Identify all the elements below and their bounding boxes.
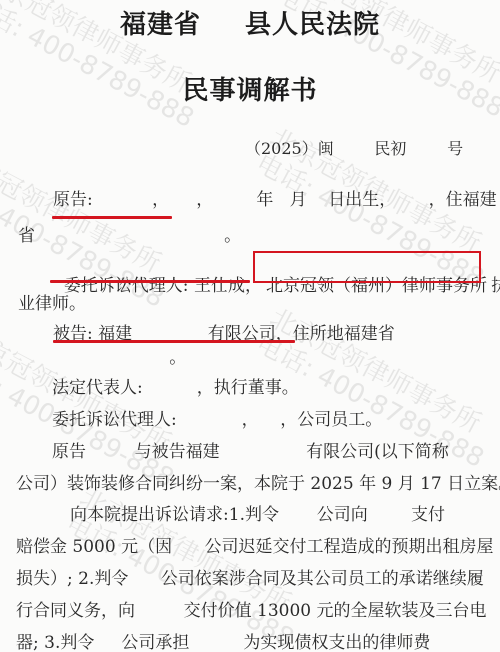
- red-box-law-firm: [253, 251, 481, 283]
- red-underline-agent: [50, 280, 250, 283]
- case-number: （2025）闽 民初 号: [245, 136, 463, 159]
- body-line: 赔偿金 5000 元（因 公司迟延交付工程造成的预期出租房屋: [16, 537, 494, 557]
- legal-representative: 法定代表人: ，执行董事。: [52, 378, 299, 398]
- court-province: 福建省: [120, 10, 201, 40]
- body-line: 器; 3.判令 公司承担 为实现债权支出的律师费: [16, 633, 430, 652]
- document-type-title: 民事调解书: [0, 70, 500, 107]
- red-underline-defendant: [53, 340, 295, 343]
- plaintiff-agent-line-2: 业律师。: [18, 294, 86, 314]
- court-name: 县人民法院: [245, 10, 380, 40]
- defendant-agent: 委托诉讼代理人: ， ，公司员工。: [52, 410, 382, 430]
- agent-tail: 执: [491, 276, 500, 296]
- agent-label: 委托诉讼代理人: 王仕成，: [64, 276, 262, 296]
- body-line: 公司）装饰装修合同纠纷一案，本院于 2025 年 9 月 17 日立案。: [16, 474, 500, 494]
- body-line: 原告 与被告福建 有限公司(以下简称: [52, 442, 449, 462]
- body-line: 损失）; 2.判令 公司依案涉合同及其公司员工的承诺继续履: [16, 569, 484, 589]
- red-underline-plaintiff: [52, 216, 172, 219]
- court-title: 福建省县人民法院: [0, 4, 500, 41]
- body-line: 向本院提出诉讼请求:1.判令 公司向 支付: [16, 505, 445, 525]
- plaintiff-line: 原告: ， ， 年 月 日出生， ，住福建: [53, 190, 497, 210]
- body-line: 行合同义务，向 交付价值 13000 元的全屋软装及三台电: [16, 601, 487, 621]
- defendant-line-2: 。: [18, 348, 186, 368]
- plaintiff-line-2: 省 。: [18, 226, 241, 246]
